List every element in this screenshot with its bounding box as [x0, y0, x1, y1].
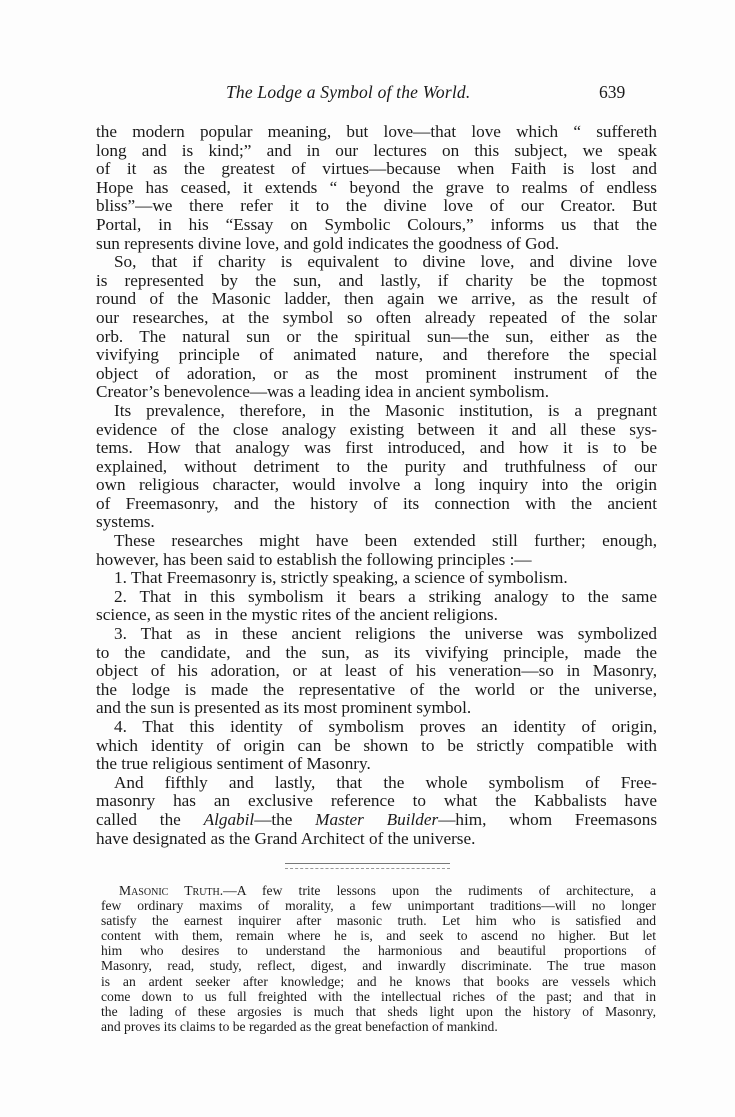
- body-line: Its prevalence, therefore, in the Masoni…: [96, 402, 657, 421]
- body-line: round of the Masonic ladder, then again …: [96, 290, 657, 309]
- footnote-line: few ordinary maxims of morality, a few u…: [101, 898, 656, 913]
- principle-item-4: 4. That this identity of symbolism prove…: [96, 718, 657, 737]
- footnote-line: come down to us full freighted with the …: [101, 989, 656, 1004]
- body-line: called the Algabil—the Master Builder—hi…: [96, 811, 657, 830]
- body-line: sun represents divine love, and gold ind…: [96, 235, 657, 254]
- footnote: Masonic Truth.—A few trite lessons upon …: [101, 883, 656, 1034]
- body-line: of Freemasonry, and the history of its c…: [96, 495, 657, 514]
- body-line: science, as seen in the mystic rites of …: [96, 606, 657, 625]
- body-text: the modern popular meaning, but love—tha…: [96, 123, 657, 848]
- body-line: So, that if charity is equivalent to div…: [96, 253, 657, 272]
- body-line: Hope has ceased, it extends “ beyond the…: [96, 179, 657, 198]
- italic-term-algabil: Algabil: [204, 810, 255, 829]
- body-line: however, has been said to establish the …: [96, 551, 657, 570]
- running-header: The Lodge a Symbol of the World. 639: [96, 82, 656, 106]
- body-line: vivifying principle of animated nature, …: [96, 346, 657, 365]
- footnote-line: is an ardent seeker after knowledge; and…: [101, 974, 656, 989]
- body-line: orb. The natural sun or the spiritual su…: [96, 328, 657, 347]
- body-line: These researches might have been extende…: [96, 532, 657, 551]
- body-line: which identity of origin can be shown to…: [96, 737, 657, 756]
- footnote-line: content with them, remain where he is, a…: [101, 928, 656, 943]
- body-line: long and is kind;” and in our lectures o…: [96, 142, 657, 161]
- footnote-heading: Masonic Truth.: [119, 883, 223, 898]
- body-line: bliss”—we there refer it to the divine l…: [96, 197, 657, 216]
- body-line: the modern popular meaning, but love—tha…: [96, 123, 657, 142]
- body-line: to the candidate, and the sun, as its vi…: [96, 644, 657, 663]
- footnote-line: Masonry, read, study, reflect, digest, a…: [101, 958, 656, 973]
- principle-item-1: 1. That Freemasonry is, strictly speakin…: [96, 569, 657, 588]
- section-divider: [285, 863, 450, 869]
- body-line: Creator’s benevolence—was a leading idea…: [96, 383, 657, 402]
- page-number: 639: [599, 82, 625, 103]
- body-line: object of his adoration, or at least of …: [96, 662, 657, 681]
- principle-item-2: 2. That in this symbolism it bears a str…: [96, 588, 657, 607]
- italic-term-master-builder: Master Builder: [315, 810, 438, 829]
- body-line: of it as the greatest of virtues—because…: [96, 160, 657, 179]
- body-line: systems.: [96, 513, 657, 532]
- footnote-line: the lading of these argosies is much tha…: [101, 1004, 656, 1019]
- body-line: Portal, in his “Essay on Symbolic Colour…: [96, 216, 657, 235]
- body-line: and the sun is presented as its most pro…: [96, 699, 657, 718]
- body-line: object of adoration, or as the most prom…: [96, 365, 657, 384]
- body-line: the lodge is made the representative of …: [96, 681, 657, 700]
- body-line: tems. How that analogy was first introdu…: [96, 439, 657, 458]
- principle-item-3: 3. That as in these ancient religions th…: [96, 625, 657, 644]
- body-line: have designated as the Grand Architect o…: [96, 830, 657, 849]
- document-page: The Lodge a Symbol of the World. 639 the…: [0, 0, 735, 1117]
- body-line: is represented by the sun, and lastly, i…: [96, 272, 657, 291]
- footnote-line: him who desires to understand the harmon…: [101, 943, 656, 958]
- body-line: masonry has an exclusive reference to wh…: [96, 792, 657, 811]
- running-title: The Lodge a Symbol of the World.: [226, 82, 470, 103]
- footnote-line: Masonic Truth.—A few trite lessons upon …: [101, 883, 656, 898]
- footnote-line: satisfy the earnest inquirer after mason…: [101, 913, 656, 928]
- principle-item-5: And fifthly and lastly, that the whole s…: [96, 774, 657, 793]
- footnote-line: and proves its claims to be regarded as …: [101, 1019, 656, 1034]
- body-line: evidence of the close analogy existing b…: [96, 421, 657, 440]
- body-line: the true religious sentiment of Masonry.: [96, 755, 657, 774]
- body-line: own religious character, would involve a…: [96, 476, 657, 495]
- body-line: our researches, at the symbol so often a…: [96, 309, 657, 328]
- body-line: explained, without detriment to the puri…: [96, 458, 657, 477]
